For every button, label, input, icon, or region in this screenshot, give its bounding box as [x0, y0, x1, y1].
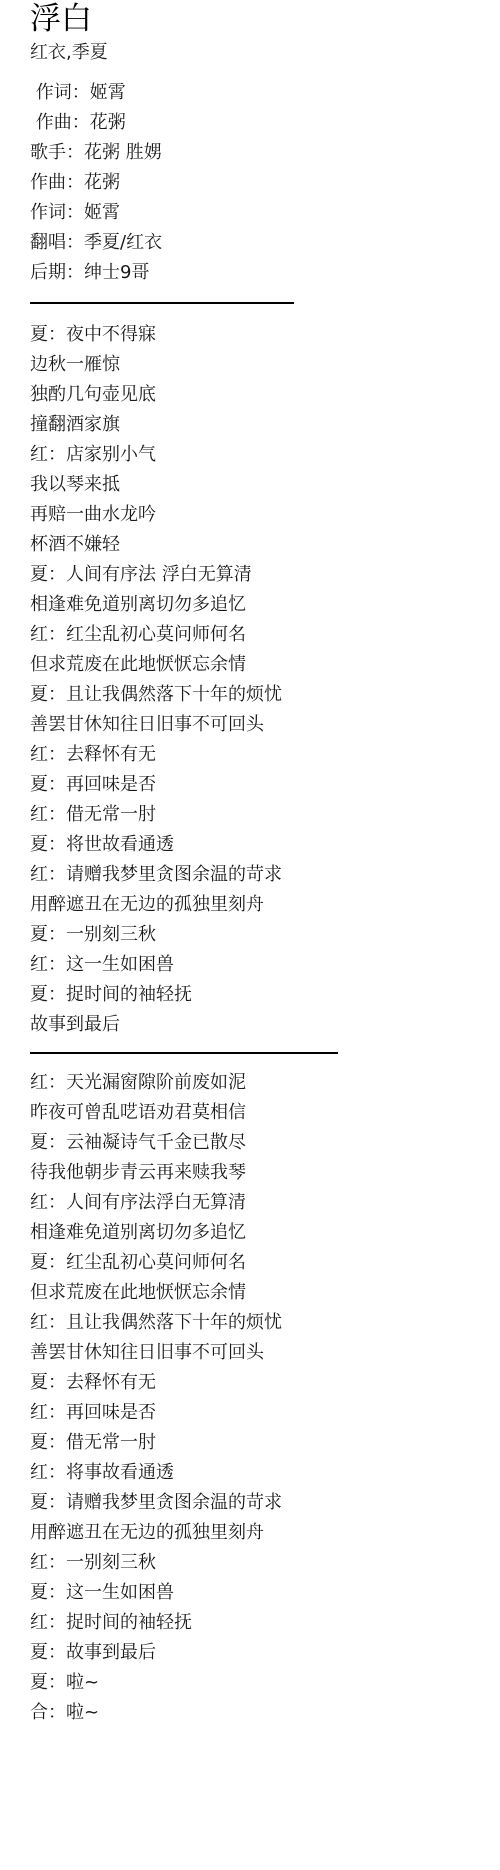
lyric-line: 相逢难免道别离切勿多追忆: [30, 590, 282, 620]
lyric-line: 杯酒不嫌轻: [30, 530, 282, 560]
credit-line: 后期：绅士9哥: [30, 258, 162, 288]
lyric-line: 红：借无常一肘: [30, 800, 282, 830]
lyric-line: 独酌几句壶见底: [30, 380, 282, 410]
lyric-line: 待我他朝步青云再来赎我琴: [30, 1158, 282, 1188]
lyric-line: 用醉遮丑在无边的孤独里刻舟: [30, 1518, 282, 1548]
section-divider: [30, 1052, 338, 1054]
lyric-line: 但求荒废在此地恹恹忘余情: [30, 1278, 282, 1308]
lyric-line: 昨夜可曾乱呓语劝君莫相信: [30, 1098, 282, 1128]
lyric-line: 红：将事故看通透: [30, 1458, 282, 1488]
lyric-line: 红：捉时间的袖轻抚: [30, 1608, 282, 1638]
lyric-line: 夏：借无常一肘: [30, 1428, 282, 1458]
credit-line: 作词：姬霄: [30, 78, 162, 108]
lyric-line: 夏：再回味是否: [30, 770, 282, 800]
lyric-line: 夏：请赠我梦里贪图余温的苛求: [30, 1488, 282, 1518]
lyric-line: 我以琴来抵: [30, 470, 282, 500]
lyric-line: 夏：故事到最后: [30, 1638, 282, 1668]
credit-line: 作词：姬霄: [30, 198, 162, 228]
lyric-line: 夏：且让我偶然落下十年的烦忧: [30, 680, 282, 710]
lyric-line: 红：人间有序法浮白无算清: [30, 1188, 282, 1218]
lyric-line: 夏：人间有序法 浮白无算清: [30, 560, 282, 590]
lyric-line: 善罢甘休知往日旧事不可回头: [30, 1338, 282, 1368]
lyric-line: 合：啦~: [30, 1698, 282, 1728]
lyric-line: 善罢甘休知往日旧事不可回头: [30, 710, 282, 740]
lyric-line: 夏：云袖凝诗气千金已散尽: [30, 1128, 282, 1158]
lyric-line: 撞翻酒家旗: [30, 410, 282, 440]
lyric-line: 红：去释怀有无: [30, 740, 282, 770]
lyric-line: 夏：去释怀有无: [30, 1368, 282, 1398]
credits-list: 作词：姬霄 作曲：花粥 歌手：花粥 胜娚 作曲：花粥 作词：姬霄 翻唱：季夏/红…: [30, 78, 162, 288]
song-artists: 红衣,季夏: [30, 40, 108, 66]
credit-line: 作曲：花粥: [30, 168, 162, 198]
credit-line: 歌手：花粥 胜娚: [30, 138, 162, 168]
lyric-line: 红：请赠我梦里贪图余温的苛求: [30, 860, 282, 890]
lyric-line: 相逢难免道别离切勿多追忆: [30, 1218, 282, 1248]
lyric-line: 红：这一生如困兽: [30, 950, 282, 980]
credit-line: 翻唱：季夏/红衣: [30, 228, 162, 258]
song-title: 浮白: [30, 0, 92, 38]
lyric-line: 用醉遮丑在无边的孤独里刻舟: [30, 890, 282, 920]
lyrics-section-2: 红：天光漏窗隙阶前废如泥 昨夜可曾乱呓语劝君莫相信 夏：云袖凝诗气千金已散尽 待…: [30, 1068, 282, 1728]
lyric-line: 红：一别刻三秋: [30, 1548, 282, 1578]
lyric-line: 夏：将世故看通透: [30, 830, 282, 860]
lyric-line: 红：店家别小气: [30, 440, 282, 470]
lyrics-section-1: 夏：夜中不得寐 边秋一雁惊 独酌几句壶见底 撞翻酒家旗 红：店家别小气 我以琴来…: [30, 320, 282, 1040]
lyric-line: 再赔一曲水龙吟: [30, 500, 282, 530]
section-divider: [30, 302, 294, 304]
lyric-line: 边秋一雁惊: [30, 350, 282, 380]
lyric-line: 但求荒废在此地恹恹忘余情: [30, 650, 282, 680]
lyric-line: 夏：啦~: [30, 1668, 282, 1698]
lyric-line: 夏：夜中不得寐: [30, 320, 282, 350]
lyric-line: 夏：红尘乱初心莫问师何名: [30, 1248, 282, 1278]
lyric-line: 红：再回味是否: [30, 1398, 282, 1428]
lyric-line: 故事到最后: [30, 1010, 282, 1040]
lyric-line: 夏：捉时间的袖轻抚: [30, 980, 282, 1010]
credit-line: 作曲：花粥: [30, 108, 162, 138]
lyric-line: 红：且让我偶然落下十年的烦忧: [30, 1308, 282, 1338]
lyric-line: 红：天光漏窗隙阶前废如泥: [30, 1068, 282, 1098]
lyric-line: 红：红尘乱初心莫问师何名: [30, 620, 282, 650]
lyric-line: 夏：这一生如困兽: [30, 1578, 282, 1608]
lyric-line: 夏：一别刻三秋: [30, 920, 282, 950]
